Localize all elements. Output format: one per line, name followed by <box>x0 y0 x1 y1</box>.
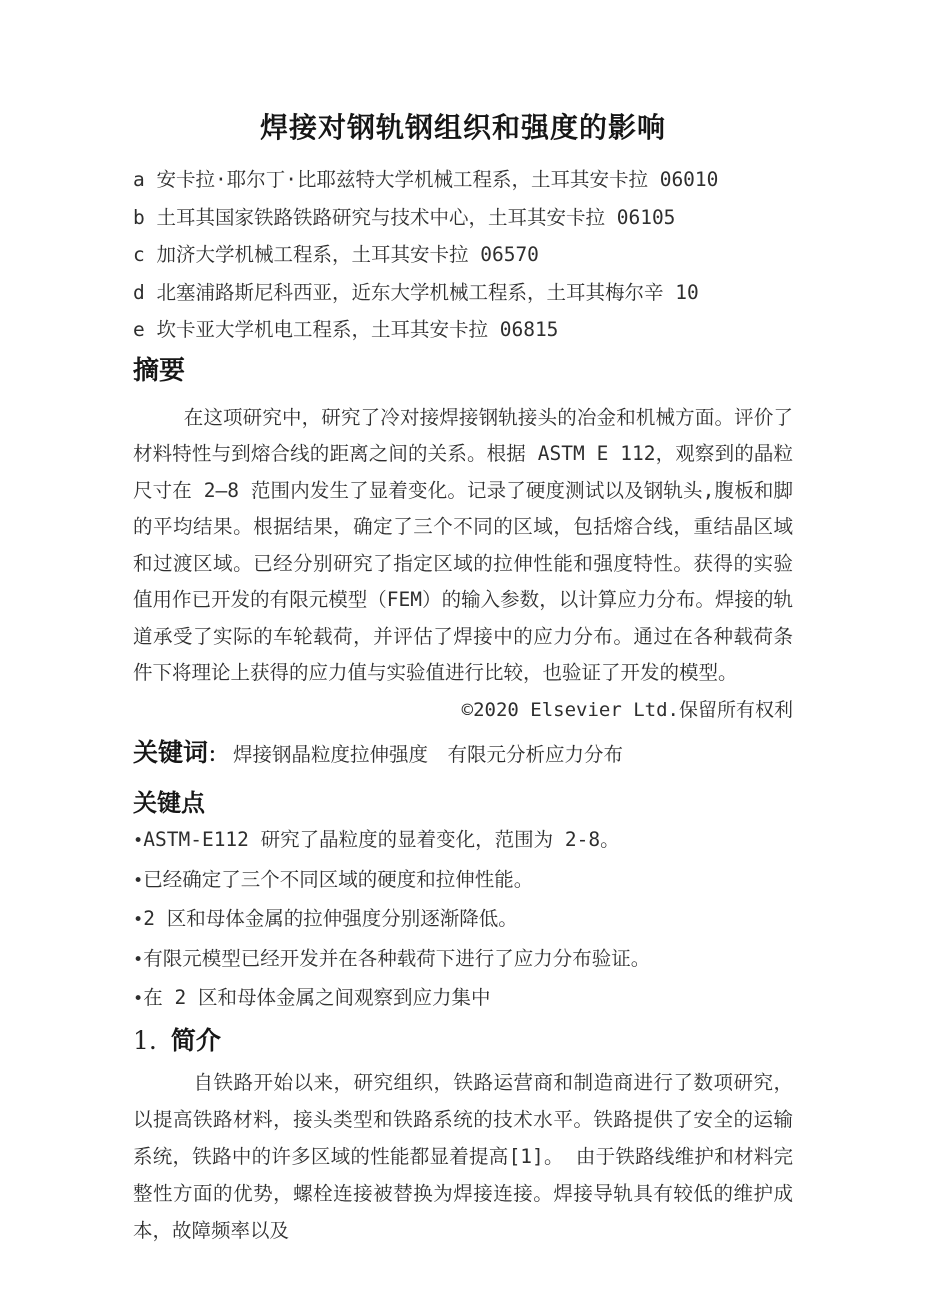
keywords-text: 焊接钢晶粒度拉伸强度 有限元分析应力分布 <box>233 743 623 766</box>
affiliations-block: a 安卡拉·耶尔丁·比耶兹特大学机械工程系，土耳其安卡拉 06010 b 土耳其… <box>133 161 793 349</box>
highlight-item-text: ASTM-E112 研究了晶粒度的显着变化，范围为 2-8。 <box>143 828 619 851</box>
section-1-number: 1. <box>133 1026 157 1055</box>
section-1-title: 简介 <box>171 1026 221 1055</box>
bullet-icon: • <box>133 902 143 940</box>
highlight-item-text: 2 区和母体金属的拉伸强度分别逐渐降低。 <box>143 907 517 930</box>
bullet-icon: • <box>133 942 143 980</box>
document-page: 焊接对钢轨钢组织和强度的影响 a 安卡拉·耶尔丁·比耶兹特大学机械工程系，土耳其… <box>0 0 926 1309</box>
highlights-list: •ASTM-E112 研究了晶粒度的显着变化，范围为 2-8。 •已经确定了三个… <box>133 821 793 1019</box>
highlight-item: •有限元模型已经开发并在各种载荷下进行了应力分布验证。 <box>133 940 793 980</box>
bullet-icon: • <box>133 981 143 1019</box>
bullet-icon: • <box>133 863 143 901</box>
highlight-item: •ASTM-E112 研究了晶粒度的显着变化，范围为 2-8。 <box>133 821 793 861</box>
highlight-item: •在 2 区和母体金属之间观察到应力集中 <box>133 979 793 1019</box>
affiliation-line-b: b 土耳其国家铁路铁路研究与技术中心，土耳其安卡拉 06105 <box>133 199 793 237</box>
highlight-item-text: 在 2 区和母体金属之间观察到应力集中 <box>143 986 490 1009</box>
highlight-item: •2 区和母体金属的拉伸强度分别逐渐降低。 <box>133 900 793 940</box>
section-1-heading: 1.简介 <box>133 1023 793 1060</box>
abstract-paragraph: 在这项研究中，研究了冷对接焊接钢轨接头的冶金和机械方面。评价了材料特性与到熔合线… <box>133 400 793 692</box>
introduction-paragraph: 自铁路开始以来，研究组织，铁路运营商和制造商进行了数项研究，以提高铁路材料，接头… <box>133 1064 793 1249</box>
affiliation-line-a: a 安卡拉·耶尔丁·比耶兹特大学机械工程系，土耳其安卡拉 06010 <box>133 161 793 199</box>
highlight-item: •已经确定了三个不同区域的硬度和拉伸性能。 <box>133 861 793 901</box>
bullet-icon: • <box>133 823 143 861</box>
affiliation-line-d: d 北塞浦路斯尼科西亚，近东大学机械工程系，土耳其梅尔辛 10 <box>133 274 793 312</box>
keywords-colon: ： <box>208 744 227 766</box>
keywords-label: 关键词 <box>133 738 208 767</box>
paper-title: 焊接对钢轨钢组织和强度的影响 <box>133 108 793 148</box>
highlight-item-text: 有限元模型已经开发并在各种载荷下进行了应力分布验证。 <box>143 947 650 970</box>
abstract-heading: 摘要 <box>133 353 793 389</box>
keywords-row: 关键词：焊接钢晶粒度拉伸强度 有限元分析应力分布 <box>133 733 793 777</box>
affiliation-line-e: e 坎卡亚大学机电工程系，土耳其安卡拉 06815 <box>133 311 793 349</box>
highlight-item-text: 已经确定了三个不同区域的硬度和拉伸性能。 <box>143 868 533 891</box>
highlights-heading: 关键点 <box>133 785 793 821</box>
copyright-line: ©2020 Elsevier Ltd.保留所有权利 <box>133 692 793 729</box>
affiliation-line-c: c 加济大学机械工程系，土耳其安卡拉 06570 <box>133 236 793 274</box>
